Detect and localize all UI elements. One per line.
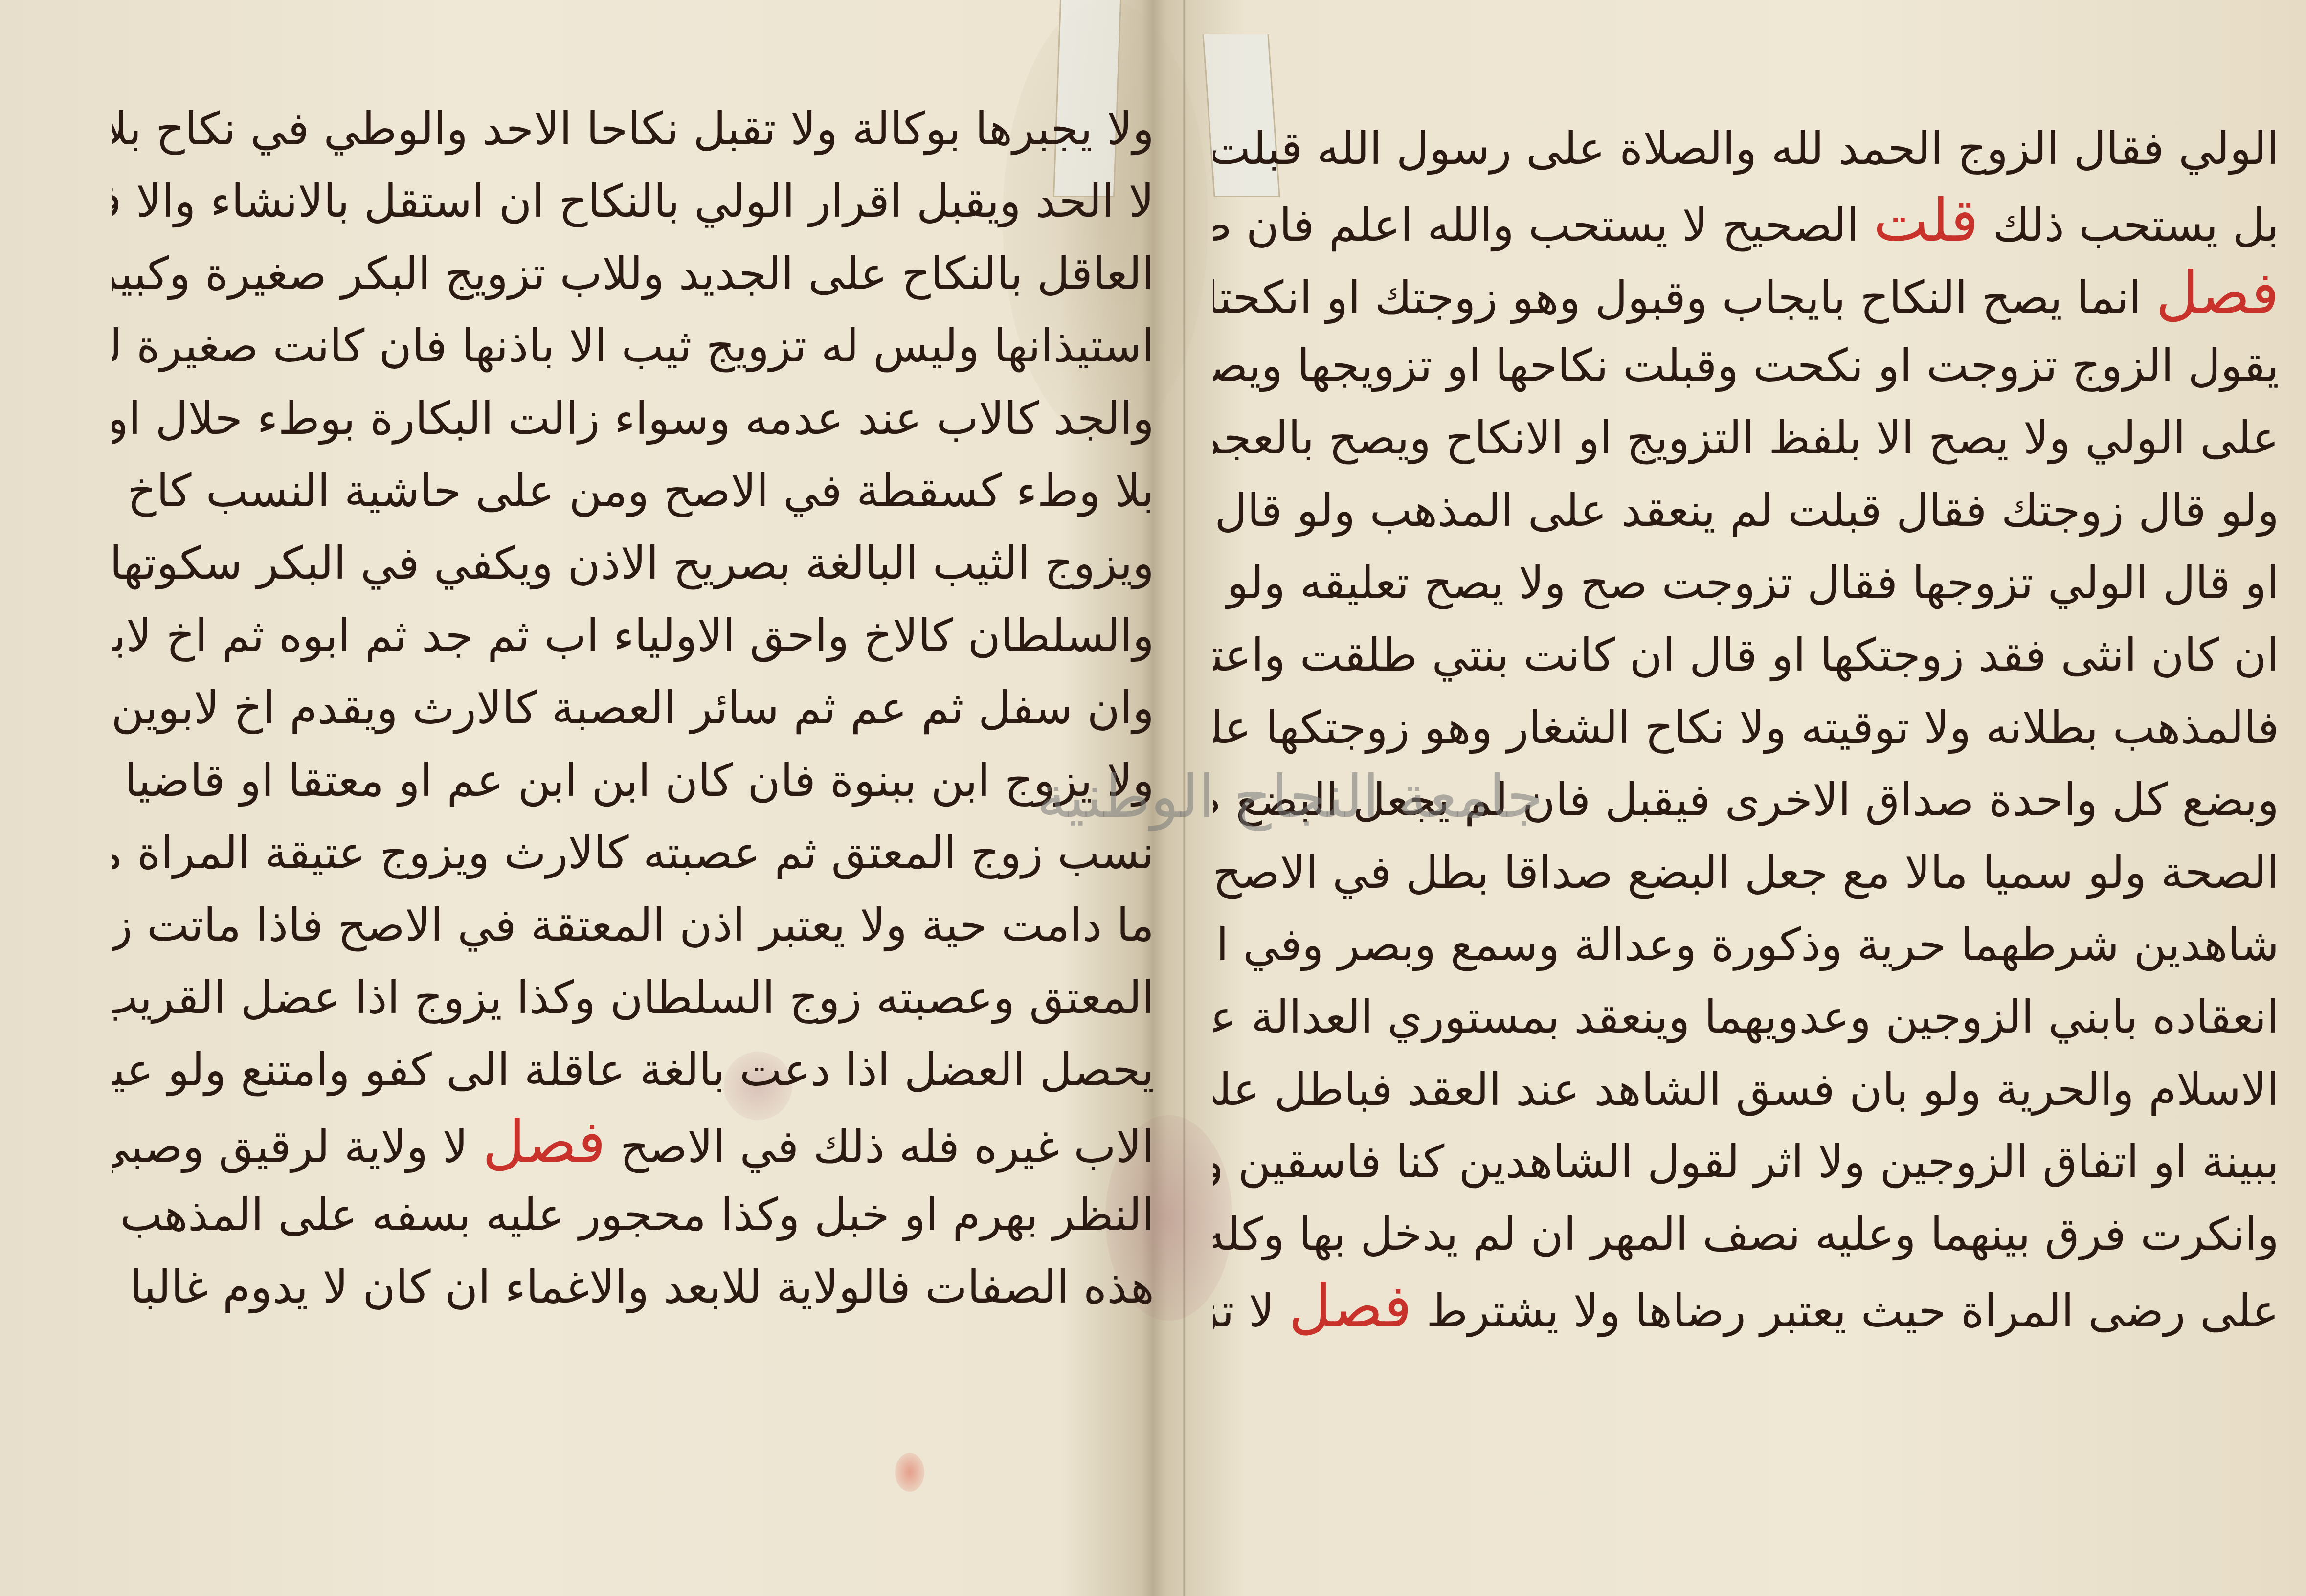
text-line: ولا يجبرها بوكالة ولا تقبل نكاحا الاحد و… <box>112 93 1154 165</box>
rubric-fasl: فصل <box>482 1108 605 1176</box>
line-text: على رضى المراة حيث يعتبر رضاها ولا يشترط <box>1412 1285 2279 1337</box>
text-line: وانكرت فرق بينهما وعليه نصف المهر ان لم … <box>1213 1198 2279 1271</box>
text-line-with-rubric: على رضى المراة حيث يعتبر رضاها ولا يشترط… <box>1213 1271 2279 1343</box>
text-line: ما دامت حية ولا يعتبر اذن المعتقة في الا… <box>112 889 1154 962</box>
text-line: والجد كالاب عند عدمه وسواء زالت البكارة … <box>112 382 1154 455</box>
manuscript-spread: ولا يجبرها بوكالة ولا تقبل نكاحا الاحد و… <box>0 0 2306 1596</box>
text-line-with-rubric: بل يستحب ذلك قلت الصحيح لا يستحب والله ا… <box>1213 185 2279 257</box>
text-line: ولا يزوج ابن ببنوة فان كان ابن ابن عم او… <box>112 744 1154 817</box>
text-line: شاهدين شرطهما حرية وذكورة وعدالة وسمع وب… <box>1213 909 2279 981</box>
text-line: هذه الصفات فالولاية للابعد والاغماء ان ك… <box>112 1251 1154 1324</box>
rubric-fasl: فصل <box>2156 259 2279 327</box>
text-line-with-rubric: الاب غيره فله ذلك في الاصح فصل لا ولاية … <box>112 1106 1154 1179</box>
rubric-qultu: قلت <box>1873 187 1978 255</box>
text-line: يحصل العضل اذا دعت بالغة عاقلة الى كفو و… <box>112 1034 1154 1106</box>
right-page-text: الولي فقال الزوج الحمد لله والصلاة على ر… <box>1213 112 2279 1343</box>
text-line: يقول الزوج تزوجت او نكحت وقبلت نكاحها او… <box>1213 330 2279 402</box>
left-page: ولا يجبرها بوكالة ولا تقبل نكاحا الاحد و… <box>0 0 1174 1596</box>
line-text: انما يصح النكاح بايجاب وقبول وهو زوجتك ا… <box>1213 271 2156 324</box>
line-text: الاب غيره فله ذلك في الاصح <box>606 1121 1154 1173</box>
text-line: والسلطان كالاخ واحق الاولياء اب ثم جد ثم… <box>112 600 1154 672</box>
text-line: النظر بهرم او خبل وكذا محجور عليه بسفه ع… <box>112 1179 1154 1251</box>
line-text: الصحيح لا يستحب والله اعلم فان طال الذكر… <box>1213 199 1873 251</box>
text-line: ويزوج الثيب البالغة بصريح الاذن ويكفي في… <box>112 527 1154 600</box>
text-line: استيذانها وليس له تزويج ثيب الا باذنها ف… <box>112 310 1154 382</box>
text-line: بلا وطء كسقطة في الاصح ومن على حاشية الن… <box>112 455 1154 527</box>
text-line: او قال الولي تزوجها فقال تزوجت صح ولا يص… <box>1213 547 2279 619</box>
text-line: المعتق وعصبته زوج السلطان وكذا يزوج اذا … <box>112 962 1154 1034</box>
text-line: نسب زوج المعتق ثم عصبته كالارث ويزوج عتي… <box>112 817 1154 889</box>
text-line: الولي فقال الزوج الحمد لله والصلاة على ر… <box>1213 112 2279 185</box>
text-line: ولو قال زوجتك فقال قبلت لم ينعقد على الم… <box>1213 474 2279 547</box>
text-line: فالمذهب بطلانه ولا توقيته ولا نكاح الشغا… <box>1213 692 2279 764</box>
text-line: انعقاده بابني الزوجين وعدويهما وينعقد بم… <box>1213 981 2279 1054</box>
text-line: على الولي ولا يصح الا بلفظ التزويج او ال… <box>1213 402 2279 474</box>
text-line: العاقل بالنكاح على الجديد وللاب تزويج ال… <box>112 238 1154 310</box>
text-line: لا الحد ويقبل اقرار الولي بالنكاح ان است… <box>112 165 1154 238</box>
line-text: لا تزوج امراة نفسها باذن <box>1213 1285 1289 1337</box>
left-page-text: ولا يجبرها بوكالة ولا تقبل نكاحا الاحد و… <box>112 93 1154 1324</box>
university-watermark: جامعة النجاح الوطنية <box>1037 763 1543 831</box>
line-text: بل يستحب ذلك <box>1978 199 2279 251</box>
line-text: لا ولاية لرقيق وصبي ومجنون ومختل <box>112 1121 482 1173</box>
text-line: ان كان انثى فقد زوجتكها او قال ان كانت ب… <box>1213 619 2279 692</box>
rubric-fasl: فصل <box>1289 1273 1412 1341</box>
text-line: الصحة ولو سميا مالا مع جعل البضع صداقا ب… <box>1213 836 2279 909</box>
text-line-with-rubric: فصل انما يصح النكاح بايجاب وقبول وهو زوج… <box>1213 257 2279 330</box>
text-line: الاسلام والحرية ولو بان فسق الشاهد عند ا… <box>1213 1054 2279 1126</box>
text-line: ببينة او اتفاق الزوجين ولا اثر لقول الشا… <box>1213 1126 2279 1198</box>
text-line: وان سفل ثم عم ثم سائر العصبة كالارث ويقد… <box>112 672 1154 744</box>
